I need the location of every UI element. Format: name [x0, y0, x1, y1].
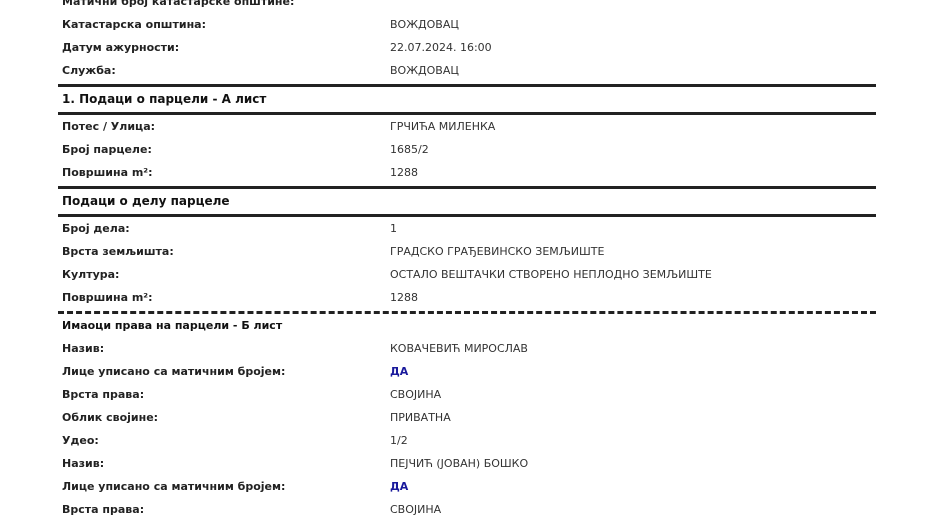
- field-label: Удео:: [62, 434, 99, 447]
- field-label: Број парцеле:: [62, 143, 152, 156]
- field-label: Број дела:: [62, 222, 130, 235]
- field-label: Површина m²:: [62, 291, 153, 304]
- field-value: 1685/2: [390, 143, 429, 156]
- field-label: Датум ажурности:: [62, 41, 179, 54]
- field-label: Потес / Улица:: [62, 120, 155, 133]
- field-value: 1: [390, 222, 397, 235]
- field-value: ПЕЈЧИЋ (ЈОВАН) БОШКО: [390, 457, 528, 470]
- field-row: Потес / Улица:ГРЧИЋА МИЛЕНКА: [58, 116, 876, 139]
- field-row: Удео:1/2: [58, 430, 876, 453]
- field-value: 1288: [390, 166, 418, 179]
- divider: [58, 84, 876, 87]
- field-value: ДА: [390, 365, 408, 378]
- field-label: Врста земљишта:: [62, 245, 174, 258]
- section-part-title-row: Подаци о делу парцеле: [58, 190, 876, 213]
- header-info: Матични број катастарске општине:Катаста…: [58, 0, 876, 83]
- field-value: ВОЖДОВАЦ: [390, 18, 459, 31]
- field-value: 22.07.2024. 16:00: [390, 41, 492, 54]
- dashed-divider: [58, 311, 876, 314]
- section-a-title: 1. Подаци о парцели - А лист: [62, 92, 266, 106]
- section-b-title: Имаоци права на парцели - Б лист: [62, 319, 282, 332]
- field-row: Служба:ВОЖДОВАЦ: [58, 60, 876, 83]
- field-label: Матични број катастарске општине:: [62, 0, 294, 8]
- field-row: Матични број катастарске општине:: [58, 0, 876, 14]
- field-label: Лице уписано са матичним бројем:: [62, 365, 285, 378]
- section-b-title-row: Имаоци права на парцели - Б лист: [58, 315, 876, 338]
- divider: [58, 186, 876, 189]
- field-row: Назив:ПЕЈЧИЋ (ЈОВАН) БОШКО: [58, 453, 876, 476]
- section-a-title-row: 1. Подаци о парцели - А лист: [58, 88, 876, 111]
- field-label: Лице уписано са матичним бројем:: [62, 480, 285, 493]
- field-label: Назив:: [62, 342, 104, 355]
- field-row: Лице уписано са матичним бројем:ДА: [58, 361, 876, 384]
- field-label: Облик својине:: [62, 411, 158, 424]
- field-row: Катастарска општина:ВОЖДОВАЦ: [58, 14, 876, 37]
- divider: [58, 112, 876, 115]
- field-row: Врста земљишта:ГРАДСКО ГРАЂЕВИНСКО ЗЕМЉИ…: [58, 241, 876, 264]
- section-b-rows: Назив:КОВАЧЕВИЋ МИРОСЛАВЛице уписано са …: [58, 338, 876, 522]
- field-label: Назив:: [62, 457, 104, 470]
- field-value: 1288: [390, 291, 418, 304]
- field-value: ДА: [390, 480, 408, 493]
- field-row: Број парцеле:1685/2: [58, 139, 876, 162]
- field-value: ГРЧИЋА МИЛЕНКА: [390, 120, 495, 133]
- field-row: Врста права:СВОЈИНА: [58, 384, 876, 407]
- section-part-rows: Број дела:1Врста земљишта:ГРАДСКО ГРАЂЕВ…: [58, 218, 876, 310]
- field-row: Датум ажурности:22.07.2024. 16:00: [58, 37, 876, 60]
- field-label: Служба:: [62, 64, 116, 77]
- field-row: Врста права:СВОЈИНА: [58, 499, 876, 522]
- field-row: Површина m²:1288: [58, 162, 876, 185]
- field-value: СВОЈИНА: [390, 388, 441, 401]
- field-label: Катастарска општина:: [62, 18, 206, 31]
- field-value: 1/2: [390, 434, 408, 447]
- field-value: ОСТАЛО ВЕШТАЧКИ СТВОРЕНО НЕПЛОДНО ЗЕМЉИШ…: [390, 268, 712, 281]
- field-row: Назив:КОВАЧЕВИЋ МИРОСЛАВ: [58, 338, 876, 361]
- field-row: Облик својине:ПРИВАТНА: [58, 407, 876, 430]
- field-value: ГРАДСКО ГРАЂЕВИНСКО ЗЕМЉИШТЕ: [390, 245, 604, 258]
- field-row: Лице уписано са матичним бројем:ДА: [58, 476, 876, 499]
- field-label: Врста права:: [62, 388, 144, 401]
- field-label: Површина m²:: [62, 166, 153, 179]
- field-row: Култура:ОСТАЛО ВЕШТАЧКИ СТВОРЕНО НЕПЛОДН…: [58, 264, 876, 287]
- field-label: Култура:: [62, 268, 119, 281]
- field-label: Врста права:: [62, 503, 144, 516]
- field-value: СВОЈИНА: [390, 503, 441, 516]
- field-row: Површина m²:1288: [58, 287, 876, 310]
- section-a-rows: Потес / Улица:ГРЧИЋА МИЛЕНКАБрој парцеле…: [58, 116, 876, 185]
- field-value: КОВАЧЕВИЋ МИРОСЛАВ: [390, 342, 528, 355]
- cadastre-document: Матични број катастарске општине:Катаста…: [58, 0, 876, 522]
- field-value: ПРИВАТНА: [390, 411, 451, 424]
- divider: [58, 214, 876, 217]
- field-value: ВОЖДОВАЦ: [390, 64, 459, 77]
- field-row: Број дела:1: [58, 218, 876, 241]
- section-part-title: Подаци о делу парцеле: [62, 194, 230, 208]
